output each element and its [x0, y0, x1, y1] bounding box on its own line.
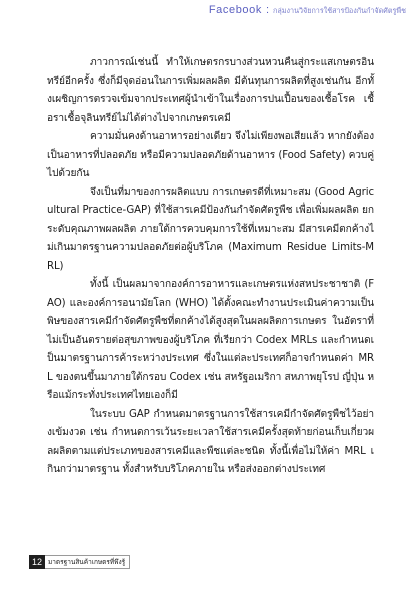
paragraph-gap-standards: ในระบบ GAP กำหนดมาตรฐานการใช้สารเคมีกำจั…: [47, 406, 374, 480]
page-number: 12: [29, 555, 45, 569]
body-text: ภาวการณ์เช่นนี้ ทำให้เกษตรกรบางส่วนหวนคื…: [47, 54, 374, 480]
paragraph-gap-origin: จึงเป็นที่มาของการผลิตแบบ การเกษตรดีที่เ…: [47, 184, 374, 277]
paragraph-codex-mrl: ทั้งนี้ เป็นผลมาจากองค์การอาหารและเกษตรแ…: [47, 276, 374, 406]
header-separator: :: [266, 4, 269, 16]
facebook-label: Facebook: [209, 4, 262, 16]
book-title: มาตรฐานสินค้าเกษตรที่พึงรู้: [45, 555, 130, 569]
page-footer: 12 มาตรฐานสินค้าเกษตรที่พึงรู้: [29, 555, 130, 569]
facebook-group-name: กลุ่มงานวิจัยการใช้สารป้องกันกำจัดศัตรูพ…: [273, 6, 406, 17]
paragraph-organic-farming: ภาวการณ์เช่นนี้ ทำให้เกษตรกรบางส่วนหวนคื…: [47, 54, 374, 128]
paragraph-food-safety: ความมั่นคงด้านอาหารอย่างเดียว จึงไม่เพีย…: [47, 128, 374, 184]
page-header: Facebook : กลุ่มงานวิจัยการใช้สารป้องกัน…: [209, 4, 406, 17]
